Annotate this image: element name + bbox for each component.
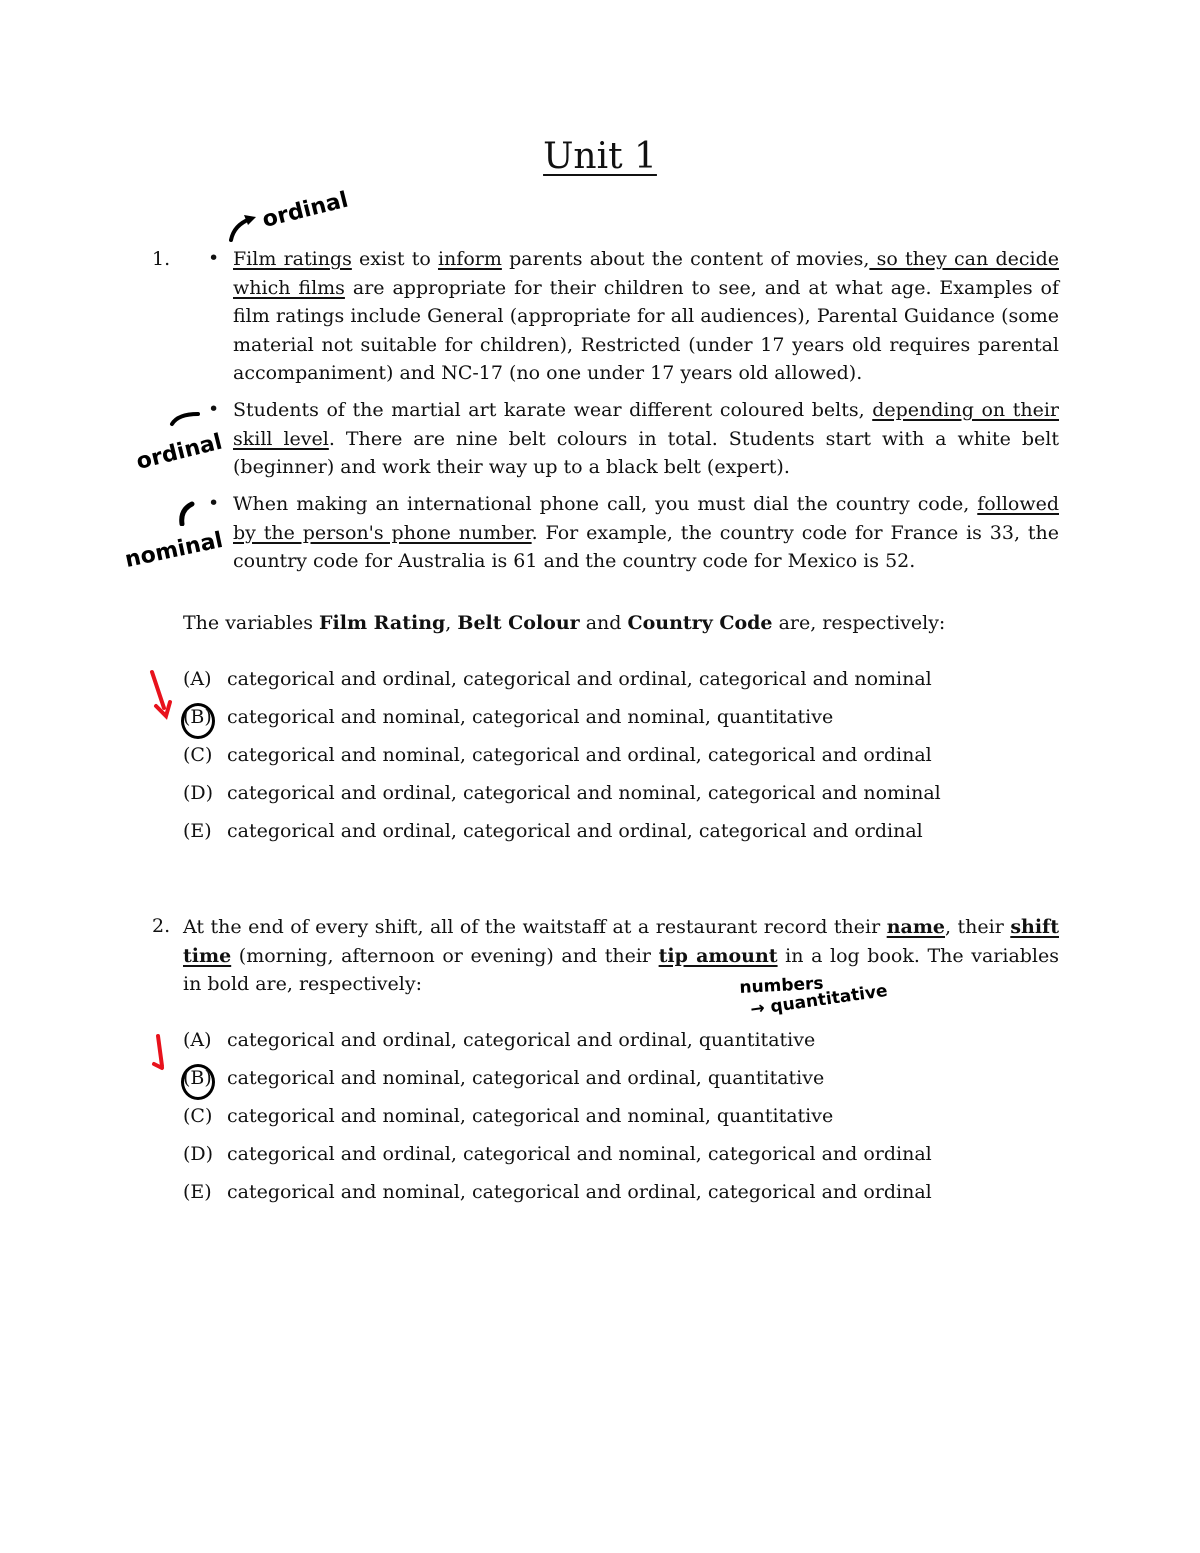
q1-bullet-belt-colour: Students of the martial art karate wear … — [233, 396, 1059, 482]
red-arrow-icon — [146, 668, 176, 720]
question-number: 1. — [152, 248, 170, 270]
q2-option-a[interactable]: (A)categorical and ordinal, categorical … — [183, 1029, 815, 1051]
q1-option-e[interactable]: (E)categorical and ordinal, categorical … — [183, 820, 923, 842]
q1-option-c[interactable]: (C)categorical and nominal, categorical … — [183, 744, 932, 766]
bullet-icon: • — [208, 398, 219, 420]
red-arrow-icon — [150, 1032, 174, 1072]
page-title: Unit 1 — [0, 136, 1200, 177]
annotation-nominal-phone: nominal — [123, 528, 225, 573]
q2-stem: At the end of every shift, all of the wa… — [183, 913, 1059, 999]
q2-option-d[interactable]: (D)categorical and ordinal, categorical … — [183, 1143, 932, 1165]
annotation-ordinal-film: ordinal — [260, 188, 351, 233]
q1-option-a[interactable]: (A)categorical and ordinal, categorical … — [183, 668, 932, 690]
question-number: 2. — [152, 915, 170, 937]
bullet-icon: • — [208, 247, 219, 269]
q1-prompt: The variables Film Rating, Belt Colour a… — [183, 609, 1063, 638]
q1-bullet-film-ratings: Film ratings exist to inform parents abo… — [233, 245, 1059, 388]
document-page: Unit 1 ordinal 1. • Film ratings exist t… — [0, 0, 1200, 1553]
handwritten-arrow-icon — [174, 500, 198, 526]
q2-option-b[interactable]: (B)categorical and nominal, categorical … — [183, 1067, 824, 1089]
bullet-icon: • — [208, 492, 219, 514]
q1-option-d[interactable]: (D)categorical and ordinal, categorical … — [183, 782, 941, 804]
annotation-ordinal-belt: ordinal — [134, 430, 225, 475]
q2-option-e[interactable]: (E)categorical and nominal, categorical … — [183, 1181, 932, 1203]
handwritten-arrow-icon — [168, 408, 208, 428]
q1-bullet-country-code: When making an international phone call,… — [233, 490, 1059, 576]
q1-option-b[interactable]: (B)categorical and nominal, categorical … — [183, 706, 833, 728]
q2-option-c[interactable]: (C)categorical and nominal, categorical … — [183, 1105, 833, 1127]
